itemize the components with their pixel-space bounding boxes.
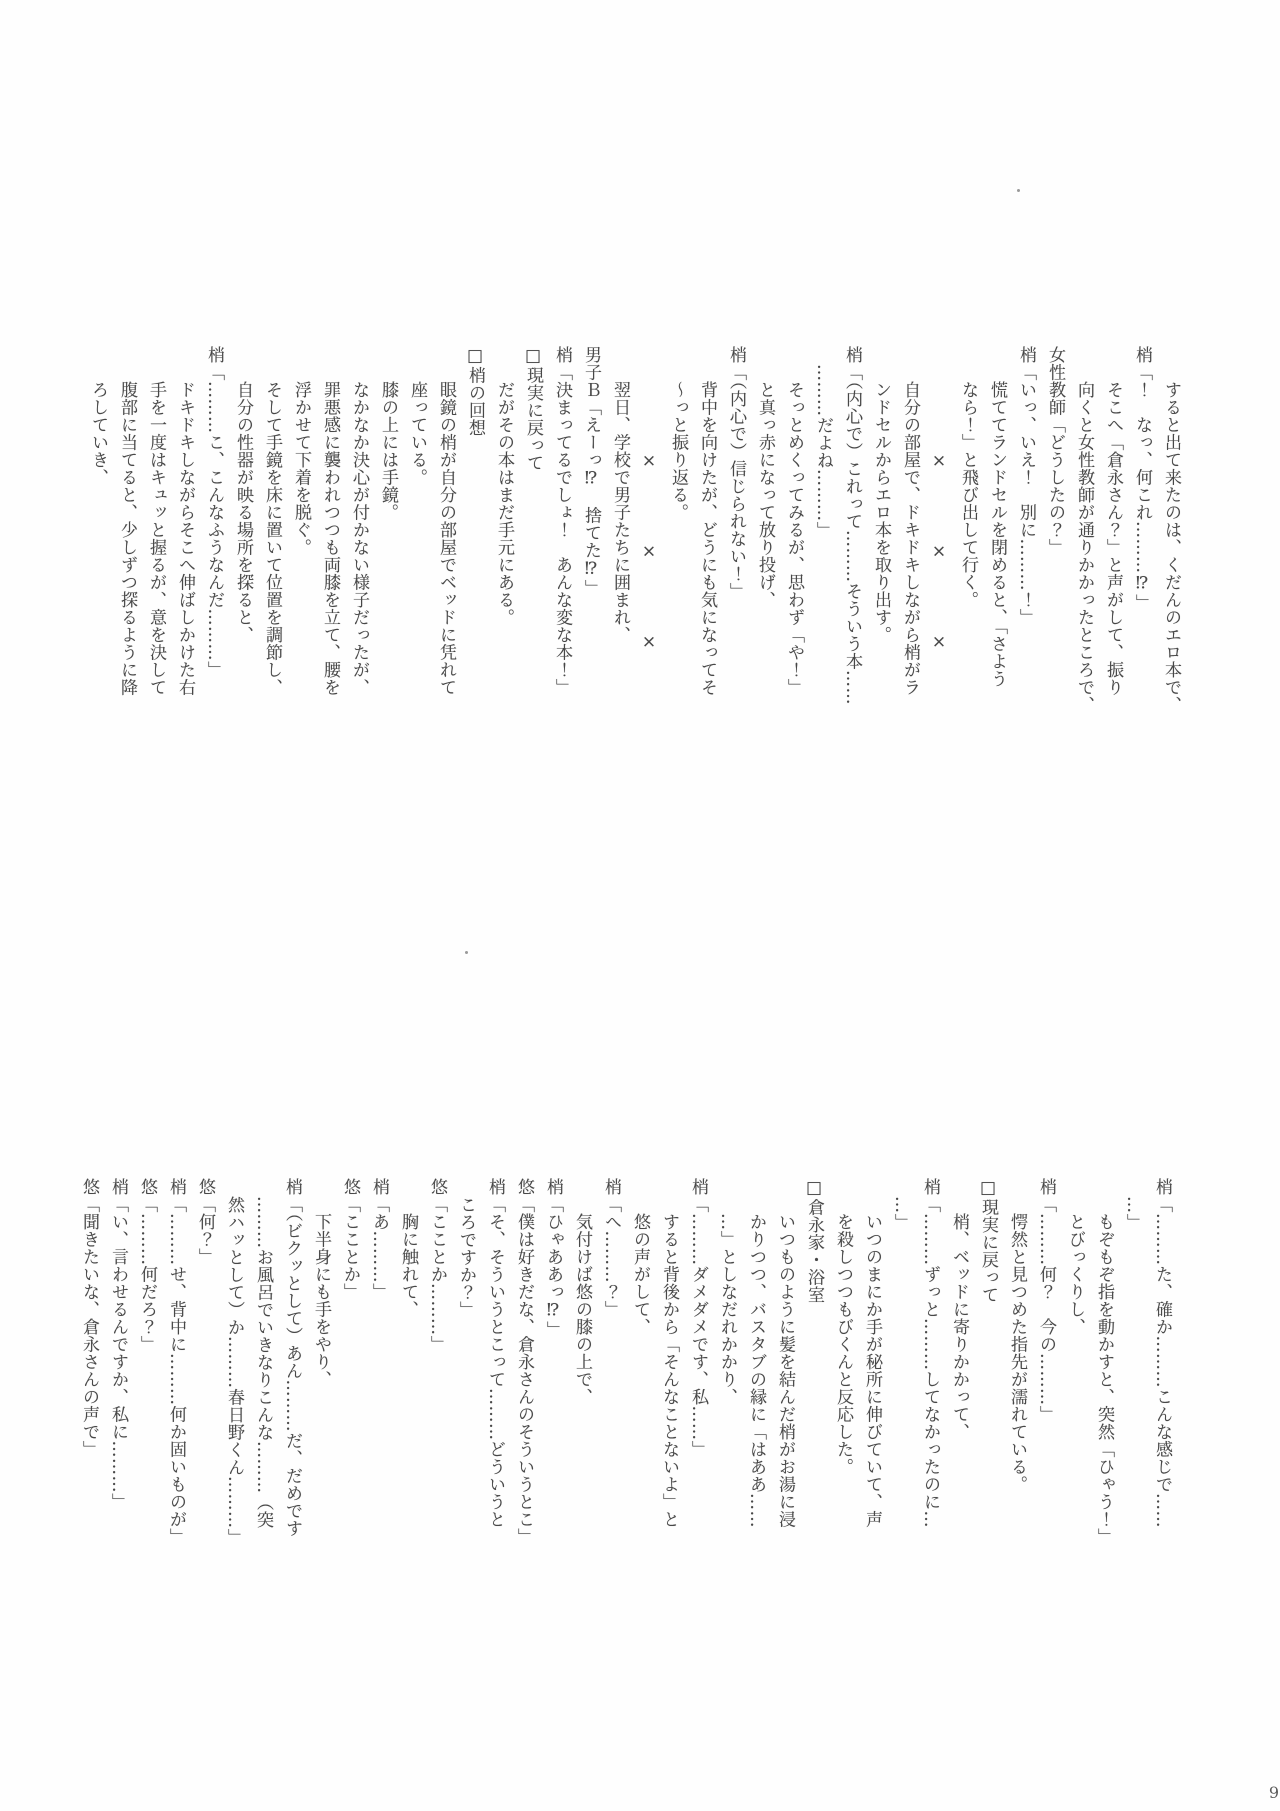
script-line: ………だよね………」 (808, 346, 837, 766)
script-line: 悠「こことか」 (335, 1178, 364, 1578)
script-line: なかなか決心が付かない様子だったが、 (344, 346, 373, 766)
script-line: × × × (924, 346, 953, 766)
script-line: 自分の部屋で、ドキドキしながら梢がラ (895, 346, 924, 766)
script-page: { "page": { "background": "#fefefe", "te… (0, 0, 1280, 1811)
script-line: ………お風呂でいきなりこんな………（突 (248, 1178, 277, 1578)
script-line: そっとめくってみるが、思わず「や！」 (779, 346, 808, 766)
script-block-top: すると出て来たのは、くだんのエロ本で、梢「！ なっ、何これ………⁉」そこへ「倉永… (83, 346, 1185, 766)
script-line: □現実に戻って (518, 346, 547, 766)
script-line: 梢「………た、確か………こんな感じで…… (1147, 1178, 1176, 1578)
script-line: □梢の回想 (460, 346, 489, 766)
script-line: すると出て来たのは、くだんのエロ本で、 (1156, 346, 1185, 766)
script-line: 慌ててランドセルを閉めると、「さよう (982, 346, 1011, 766)
script-line: 梢「ひゃああっ⁉」 (538, 1178, 567, 1578)
script-line: 梢、ベッドに寄りかかって、 (944, 1178, 973, 1578)
script-line: 〜っと振り返る。 (663, 346, 692, 766)
script-line: 胸に触れて、 (393, 1178, 422, 1578)
script-line: …」 (886, 1178, 915, 1578)
script-line: 梢「………ずっと………してなかったのに… (915, 1178, 944, 1578)
script-line: いつものように髪を結んだ梢がお湯に浸 (770, 1178, 799, 1578)
script-line: ろしていき、 (83, 346, 112, 766)
script-line: 翌日、学校で男子たちに囲まれ、 (605, 346, 634, 766)
script-line: 浮かせて下着を脱ぐ。 (286, 346, 315, 766)
script-line: 梢「！ なっ、何これ………⁉」 (1127, 346, 1156, 766)
script-line: 悠「聞きたいな、倉永さんの声で」 (74, 1178, 103, 1578)
script-line: × × × (634, 346, 663, 766)
script-line: 座っている。 (402, 346, 431, 766)
script-line: 男子Ｂ「えーっ⁉ 捨てた⁉」 (576, 346, 605, 766)
script-line: □倉永家・浴室 (799, 1178, 828, 1578)
script-line: そして手鏡を床に置いて位置を調節し、 (257, 346, 286, 766)
script-line: 梢「いっ、いえ！ 別に………！」 (1011, 346, 1040, 766)
script-line: 眼鏡の梢が自分の部屋でベッドに凭れて (431, 346, 460, 766)
script-line: 梢「（内心で）これって………そういう本…… (837, 346, 866, 766)
script-block-bottom: 梢「………た、確か………こんな感じで………」もぞもぞ指を動かすと、突然「ひゃう！… (74, 1178, 1176, 1578)
script-line: かりつつ、バスタブの縁に「はああ…… (741, 1178, 770, 1578)
script-line: 悠「………何だろ？」 (132, 1178, 161, 1578)
script-line: とびっくりし、 (1060, 1178, 1089, 1578)
script-line: 悠「僕は好きだな、倉永さんのそういうとこ」 (509, 1178, 538, 1578)
scan-speck (1017, 189, 1020, 192)
script-line: 梢「………ダメダメです、私……」 (683, 1178, 712, 1578)
script-line: 梢「………せ、背中に………何か固いものが」 (161, 1178, 190, 1578)
script-line: 愕然と見つめた指先が濡れている。 (1002, 1178, 1031, 1578)
script-line: 悠「何？」 (190, 1178, 219, 1578)
script-line: ンドセルからエロ本を取り出す。 (866, 346, 895, 766)
script-line: …」 (1118, 1178, 1147, 1578)
script-line: を殺しつつもびくんと反応した。 (828, 1178, 857, 1578)
script-line: 自分の性器が映る場所を探ると、 (228, 346, 257, 766)
script-line: 腹部に当てると、少しずつ探るように降 (112, 346, 141, 766)
script-line: 悠「こことか………」 (422, 1178, 451, 1578)
script-line: 梢「へ………？」 (596, 1178, 625, 1578)
script-line: すると背後から「そんなことないよ」と (654, 1178, 683, 1578)
script-line: 然ハッとして）か………春日野くん………」 (219, 1178, 248, 1578)
script-line: なら！」と飛び出して行く。 (953, 346, 982, 766)
script-line: 梢「い、言わせるんですか、私に………」 (103, 1178, 132, 1578)
scan-speck (465, 951, 468, 954)
script-line: 下半身にも手をやり、 (306, 1178, 335, 1578)
script-line: 向くと女性教師が通りかかったところで、 (1069, 346, 1098, 766)
script-line: ころですか？」 (451, 1178, 480, 1578)
script-line: 罪悪感に襲われつつも両膝を立て、腰を (315, 346, 344, 766)
script-line: …」としなだれかかり、 (712, 1178, 741, 1578)
script-line: 手を一度はキュッと握るが、意を決して (141, 346, 170, 766)
script-line: 梢「（ビクッとして）あん………だ、だめです (277, 1178, 306, 1578)
script-line: だがその本はまだ手元にある。 (489, 346, 518, 766)
script-line: 梢「………こ、こんなふうなんだ………」 (199, 346, 228, 766)
script-line: 女性教師「どうしたの？」 (1040, 346, 1069, 766)
script-line: ドキドキしながらそこへ伸ばしかけた右 (170, 346, 199, 766)
script-line: 梢「（内心で）信じられない！」 (721, 346, 750, 766)
script-line: 悠の声がして、 (625, 1178, 654, 1578)
script-line: そこへ「倉永さん？」と声がして、振り (1098, 346, 1127, 766)
script-line: もぞもぞ指を動かすと、突然「ひゃう！」 (1089, 1178, 1118, 1578)
script-line: いつのまにか手が秘所に伸びていて、声 (857, 1178, 886, 1578)
script-line: 梢「………何？ 今の………」 (1031, 1178, 1060, 1578)
script-line: 梢「そ、そういうとこって………どういうと (480, 1178, 509, 1578)
script-line: 背中を向けたが、どうにも気になってそ (692, 346, 721, 766)
script-line: 膝の上には手鏡。 (373, 346, 402, 766)
script-line: 梢「決まってるでしょ！ あんな変な本！」 (547, 346, 576, 766)
script-line: □現実に戻って (973, 1178, 1002, 1578)
script-line: と真っ赤になって放り投げ、 (750, 346, 779, 766)
page-number: 9 (1269, 1783, 1279, 1802)
script-line: 梢「あ………」 (364, 1178, 393, 1578)
script-line: 気付けば悠の膝の上で、 (567, 1178, 596, 1578)
